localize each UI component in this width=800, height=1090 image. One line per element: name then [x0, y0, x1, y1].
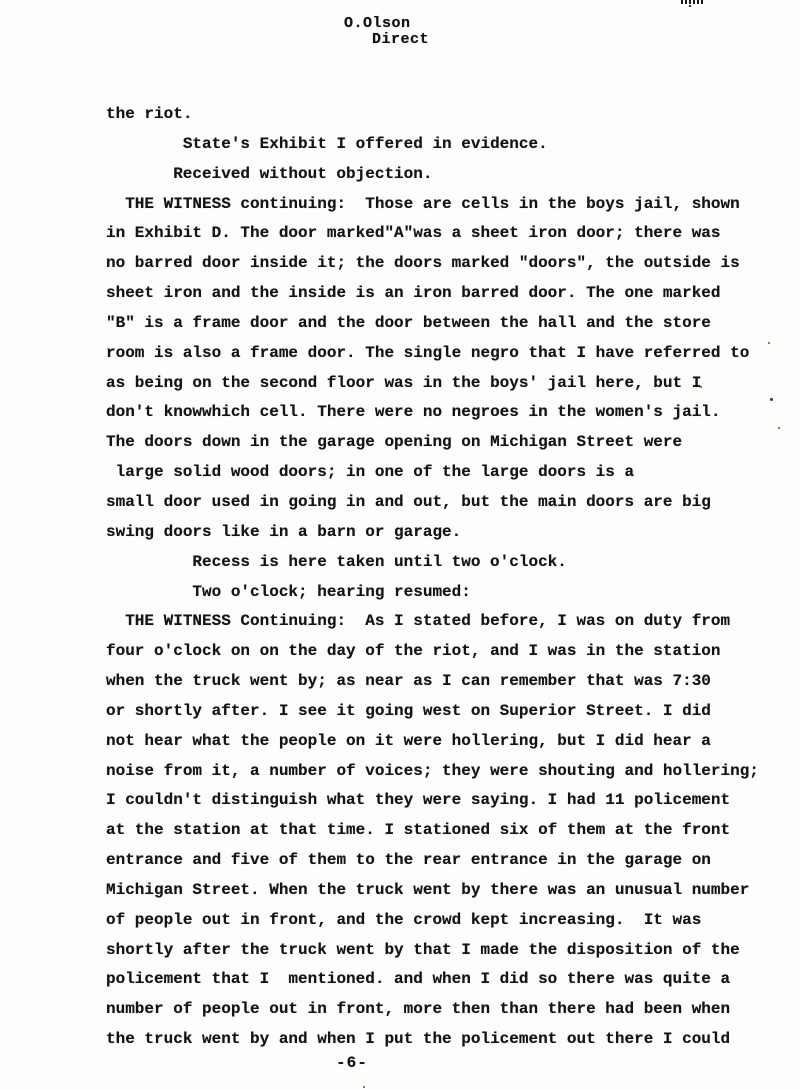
text-line: when the truck went by; as near as I can…: [106, 667, 776, 697]
scan-speckle: [363, 1086, 365, 1088]
text-line: number of people out in front, more then…: [106, 995, 776, 1025]
scan-speckle: [778, 427, 780, 429]
scan-speckle: [770, 398, 773, 401]
text-line: The doors down in the garage opening on …: [106, 428, 776, 458]
examination-type: Direct: [344, 32, 429, 48]
text-line: room is also a frame door. The single ne…: [106, 339, 776, 369]
scan-speckle: [700, 386, 702, 388]
text-line: large solid wood doors; in one of the la…: [106, 458, 776, 488]
text-line: "B" is a frame door and the door between…: [106, 309, 776, 339]
text-line: noise from it, a number of voices; they …: [106, 757, 776, 787]
text-line: Recess is here taken until two o'clock.: [106, 548, 776, 578]
text-line: shortly after the truck went by that I m…: [106, 936, 776, 966]
scan-speckle: [334, 412, 336, 414]
witness-name: O.Olson: [344, 16, 429, 32]
scan-speckle: [768, 342, 770, 344]
text-line: of people out in front, and the crowd ke…: [106, 906, 776, 936]
text-line: swing doors like in a barn or garage.: [106, 518, 776, 548]
scan-speckle: [212, 231, 214, 233]
text-line: policement that I mentioned. and when I …: [106, 965, 776, 995]
text-line: four o'clock on on the day of the riot, …: [106, 637, 776, 667]
document-page: O.Olson Direct the riot.State's Exhibit …: [0, 0, 800, 1090]
text-line: not hear what the people on it were holl…: [106, 727, 776, 757]
text-line: at the station at that time. I stationed…: [106, 816, 776, 846]
text-line: Two o'clock; hearing resumed:: [106, 578, 776, 608]
text-line: I couldn't distinguish what they were sa…: [106, 786, 776, 816]
transcript-body: the riot.State's Exhibit I offered in ev…: [0, 100, 800, 1055]
page-header: O.Olson Direct: [344, 16, 429, 48]
text-line: Received without objection.: [106, 160, 776, 190]
text-line: the riot.: [106, 100, 776, 130]
scan-corner-mark: [681, 0, 703, 4]
text-line: small door used in going in and out, but…: [106, 488, 776, 518]
page-number: -6-: [336, 1054, 368, 1072]
scan-corner-dot: [689, 5, 691, 7]
text-line: THE WITNESS Continuing: As I stated befo…: [106, 607, 776, 637]
text-line: in Exhibit D. The door marked"A"was a sh…: [106, 219, 776, 249]
text-line: sheet iron and the inside is an iron bar…: [106, 279, 776, 309]
text-line: THE WITNESS continuing: Those are cells …: [106, 190, 776, 220]
text-line: the truck went by and when I put the pol…: [106, 1025, 776, 1055]
text-line: no barred door inside it; the doors mark…: [106, 249, 776, 279]
text-line: entrance and five of them to the rear en…: [106, 846, 776, 876]
text-line: State's Exhibit I offered in evidence.: [106, 130, 776, 160]
text-line: don't knowwhich cell. There were no negr…: [106, 398, 776, 428]
text-line: as being on the second floor was in the …: [106, 369, 776, 399]
text-line: or shortly after. I see it going west on…: [106, 697, 776, 727]
text-line: Michigan Street. When the truck went by …: [106, 876, 776, 906]
